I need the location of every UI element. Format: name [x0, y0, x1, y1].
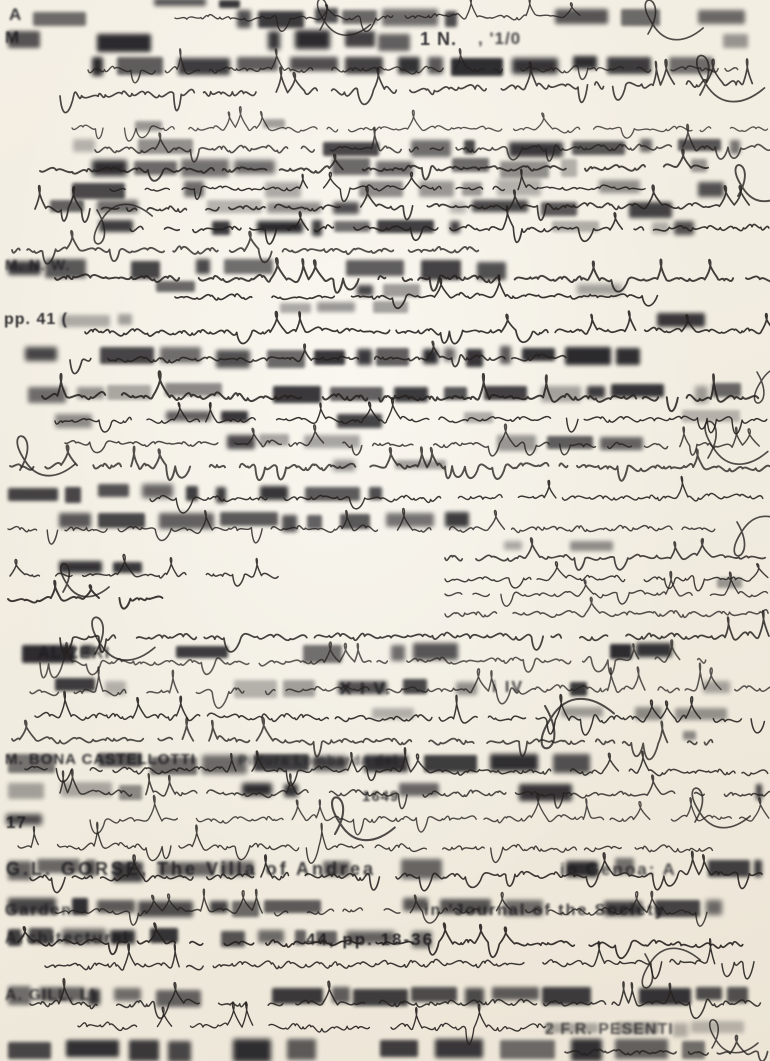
handwriting-stroke [10, 445, 769, 481]
handwriting-stroke [61, 564, 109, 597]
handwriting-stroke [18, 923, 743, 958]
handwriting-stroke [18, 822, 712, 863]
handwriting-stroke [88, 49, 738, 83]
handwriting-stroke [645, 0, 703, 40]
handwriting-stroke [35, 185, 749, 222]
handwriting-stroke [78, 1002, 545, 1044]
handwriting-stroke [30, 663, 770, 708]
handwriting-stroke [8, 509, 715, 545]
handwriting-stroke [30, 851, 762, 892]
handwriting-stroke [40, 149, 708, 180]
handwriting-stroke [94, 204, 152, 244]
handwriting-stroke [85, 311, 770, 343]
handwriting-stroke [110, 169, 645, 201]
handwriting-stroke [55, 889, 707, 926]
handwriting-stroke [70, 341, 566, 373]
handwriting-layer [0, 0, 770, 1061]
handwriting-stroke [10, 554, 278, 585]
handwriting-stroke [445, 597, 768, 617]
handwriting-stroke [55, 398, 767, 434]
handwriting-stroke [60, 611, 769, 654]
handwriting-stroke [72, 107, 767, 141]
handwriting-stroke [445, 571, 768, 606]
handwriting-stroke [8, 581, 162, 609]
handwriting-stroke [697, 56, 765, 102]
handwriting-stroke [25, 748, 768, 786]
handwriting-stroke [734, 516, 770, 556]
handwriting-stroke [40, 640, 706, 678]
handwriting-stroke [55, 258, 770, 293]
handwriting-stroke [445, 562, 768, 591]
document-page: AM1 N., '1/0M. N. W.pp. 41 (ALIZERIX I V… [0, 0, 770, 1061]
handwriting-stroke [150, 476, 763, 512]
handwriting-stroke [445, 538, 765, 570]
handwriting-stroke [175, 0, 580, 31]
handwriting-stroke [35, 691, 764, 735]
handwriting-stroke [12, 231, 478, 264]
handwriting-stroke [60, 59, 752, 113]
handwriting-stroke [90, 794, 769, 835]
handwriting-stroke [565, 1035, 768, 1061]
handwriting-stroke [12, 718, 713, 760]
handwriting-stroke [60, 769, 770, 809]
handwriting-stroke [642, 948, 700, 988]
handwriting-stroke [130, 206, 769, 244]
handwriting-stroke [332, 797, 395, 840]
handwriting-stroke [692, 788, 750, 828]
handwriting-stroke [65, 424, 759, 456]
handwriting-stroke [42, 371, 758, 411]
